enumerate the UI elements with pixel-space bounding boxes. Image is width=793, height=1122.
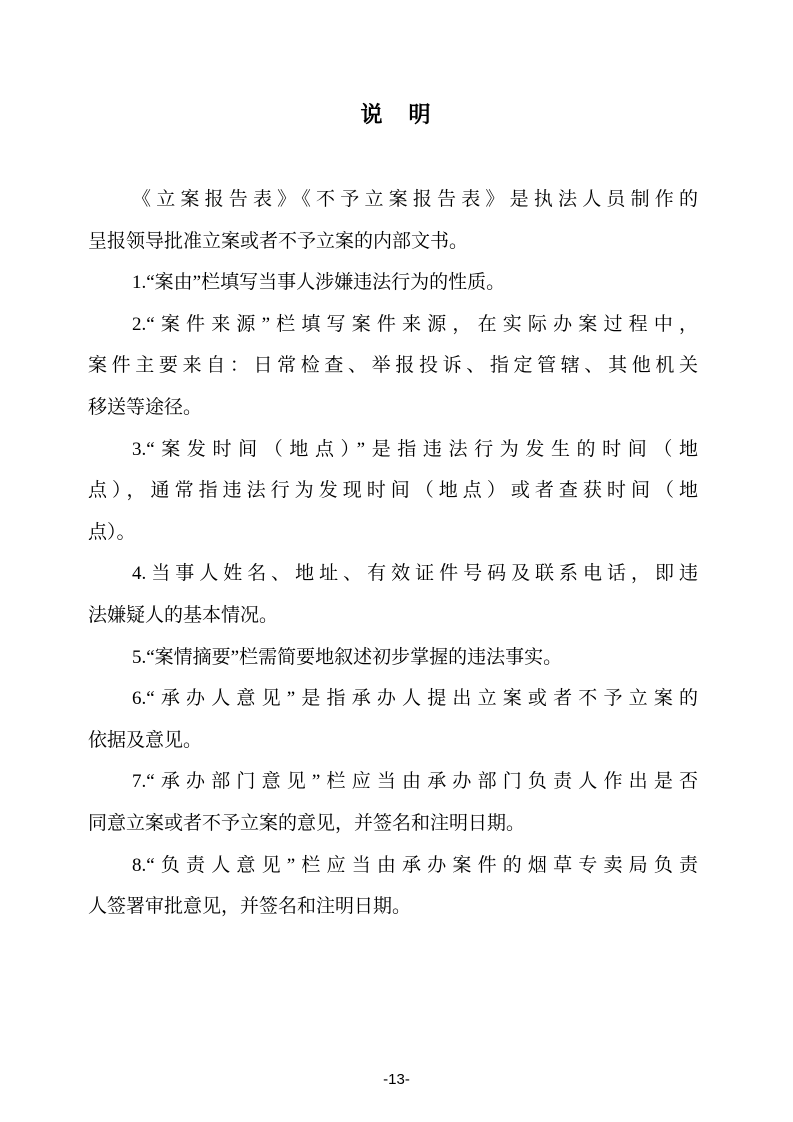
text-line: 法嫌疑人的基本情况。 bbox=[88, 595, 698, 637]
text-line: 7.“承办部门意见”栏应当由承办部门负责人作出是否 bbox=[88, 761, 698, 803]
text-line: 同意立案或者不予立案的意见，并签名和注明日期。 bbox=[88, 803, 698, 845]
text-line: 依据及意见。 bbox=[88, 720, 698, 762]
page-number: -13- bbox=[0, 1070, 793, 1090]
paragraph-item-3: 3.“案发时间（地点）”是指违法行为发生的时间（地 点），通常指违法行为发现时间… bbox=[88, 429, 698, 554]
paragraph-intro: 《立案报告表》《不予立案报告表》是执法人员制作的 呈报领导批准立案或者不予立案的… bbox=[88, 179, 698, 262]
paragraph-item-7: 7.“承办部门意见”栏应当由承办部门负责人作出是否 同意立案或者不予立案的意见，… bbox=[88, 761, 698, 844]
paragraph-item-5: 5.“案情摘要”栏需简要地叙述初步掌握的违法事实。 bbox=[88, 637, 698, 679]
text-line: 人签署审批意见，并签名和注明日期。 bbox=[88, 886, 698, 928]
text-line: 2.“案件来源”栏填写案件来源，在实际办案过程中， bbox=[88, 304, 698, 346]
text-line: 点）。 bbox=[88, 512, 698, 554]
text-line: 点），通常指违法行为发现时间（地点）或者查获时间（地 bbox=[88, 470, 698, 512]
document-page: 说 明 《立案报告表》《不予立案报告表》是执法人员制作的 呈报领导批准立案或者不… bbox=[0, 0, 793, 1122]
text-line: 《立案报告表》《不予立案报告表》是执法人员制作的 bbox=[88, 179, 698, 221]
text-line: 3.“案发时间（地点）”是指违法行为发生的时间（地 bbox=[88, 429, 698, 471]
text-line: 案件主要来自：日常检查、举报投诉、指定管辖、其他机关 bbox=[88, 345, 698, 387]
text-line: 8.“负责人意见”栏应当由承办案件的烟草专卖局负责 bbox=[88, 845, 698, 887]
text-line: 呈报领导批准立案或者不予立案的内部文书。 bbox=[88, 221, 698, 263]
text-line: 1.“案由”栏填写当事人涉嫌违法行为的性质。 bbox=[88, 262, 698, 304]
document-body: 《立案报告表》《不予立案报告表》是执法人员制作的 呈报领导批准立案或者不予立案的… bbox=[88, 179, 698, 928]
paragraph-item-6: 6.“承办人意见”是指承办人提出立案或者不予立案的 依据及意见。 bbox=[88, 678, 698, 761]
text-line: 5.“案情摘要”栏需简要地叙述初步掌握的违法事实。 bbox=[88, 637, 698, 679]
text-line: 4.当事人姓名、地址、有效证件号码及联系电话，即违 bbox=[88, 553, 698, 595]
paragraph-item-8: 8.“负责人意见”栏应当由承办案件的烟草专卖局负责 人签署审批意见，并签名和注明… bbox=[88, 845, 698, 928]
text-line: 移送等途径。 bbox=[88, 387, 698, 429]
paragraph-item-1: 1.“案由”栏填写当事人涉嫌违法行为的性质。 bbox=[88, 262, 698, 304]
page-title: 说 明 bbox=[0, 0, 793, 130]
text-line: 6.“承办人意见”是指承办人提出立案或者不予立案的 bbox=[88, 678, 698, 720]
paragraph-item-4: 4.当事人姓名、地址、有效证件号码及联系电话，即违 法嫌疑人的基本情况。 bbox=[88, 553, 698, 636]
paragraph-item-2: 2.“案件来源”栏填写案件来源，在实际办案过程中， 案件主要来自：日常检查、举报… bbox=[88, 304, 698, 429]
